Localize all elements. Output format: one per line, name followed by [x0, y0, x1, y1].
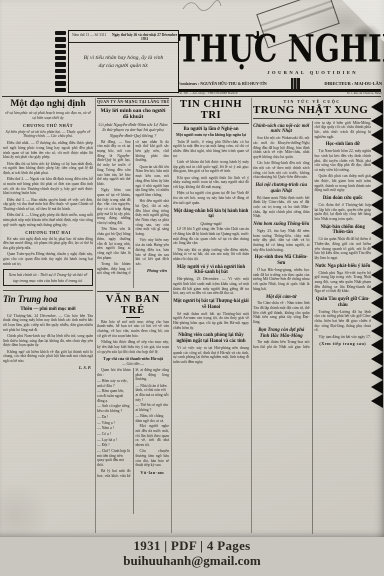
torn-edge-tooth [371, 296, 383, 310]
dialogue-line: — Năm ạ ! [97, 426, 131, 431]
article-subhead: Học-sinh làm dữ [315, 142, 372, 148]
issue-number: Năm thứ 13 — Số 3311 [69, 31, 111, 42]
dialogue-line: — Thế bà có ngờ cho ai không ? [136, 403, 170, 412]
article-body: Chính-sách của nội-các mới nước NhậtSau … [253, 121, 371, 535]
body-paragraph: Câu chuyện thương tâm ngõ hầu còn dài, b… [136, 449, 170, 468]
signature: L. S. P. [3, 365, 91, 370]
column-murder-investigation: QUAN TY ÁN-MẠNG TẠI LÀNG TRÒNG — 172 Mấy… [97, 98, 169, 532]
body-paragraph: Lính về khám thì bắt được trong hành lý … [173, 160, 249, 174]
column-divider [171, 98, 172, 533]
section-intro: Bản báo sẽ mở một mục riêng cho bạn than… [97, 320, 169, 355]
newspaper-scan-page: Năm thứ 13 — Số 3311 Ngày thứ bẩy 26 và … [0, 0, 384, 576]
comb-tooth [55, 81, 66, 85]
telephone-line: Tél. 300 — Adr. télégr. : THUCNGHIEP HAN… [178, 91, 238, 95]
body-paragraph: Khi qua sông, một người thừa lúc lính vô… [173, 176, 249, 190]
pdf-footer: 1931 | PDF | 4 Pages buihuuhanh@gmail.co… [0, 537, 384, 576]
headline-rule [126, 317, 140, 318]
comb-tooth [55, 44, 66, 48]
newspaper-sheet: Năm thứ 13 — Số 3311 Ngày thứ bẩy 26 và … [0, 0, 384, 537]
torn-edge-tooth [371, 198, 383, 212]
body-paragraph: Các đoàn thể ở Thượng-hải hợp lại lập hộ… [315, 203, 372, 222]
article-subhead: Một đảng-nhân bối kín bị hành hình tại [173, 209, 249, 221]
article-body: Bà đồng. — Sau văn một đầy ra và tại mạn… [97, 140, 169, 288]
body-paragraph: Ngày hôm sau quan sở tại về khám, thì th… [97, 188, 131, 226]
van-ban-tre-section: VĂN BAN TRẺ Bản báo sẽ mở một mục riêng … [97, 291, 169, 366]
torn-edge-tooth [371, 324, 383, 338]
section-headline: Tin Trung hoa [3, 290, 93, 304]
dialogue-line: — Chứ ! Cảnh hợp là mà tiến tầng trên qu… [97, 449, 131, 468]
column-decree-article: Một đạo nghị địnhvề sự làm phúc và sự ph… [3, 99, 93, 533]
torn-edge-tooth [371, 380, 383, 394]
comb-tooth [55, 75, 66, 79]
article-body-continued: Quan hỏi tên khán thủ :— Hôm xảy ra việc… [97, 368, 169, 514]
article-subhead: Hai nội chương-trình của quân Nhật [253, 183, 310, 195]
section-headline: VĂN BAN TRẺ [97, 294, 169, 316]
article-subhead: Ba người lạ lẫm ở Nghệ-an [173, 127, 249, 133]
dialogue-line: — Lạy bà ạ ! [97, 438, 131, 443]
torn-edge-tooth [371, 114, 383, 128]
address-line: Số 1, Rue du Chanvre, Hanoi [347, 91, 382, 95]
footer-email: buihuuhanh@gmail.com [0, 553, 384, 569]
comb-tooth [55, 37, 66, 41]
article-subhead: Những viên canh phòng lại thầy nghiệm ng… [173, 333, 249, 345]
column-sino-japanese-conflict: TIN TỨC VỀ CUỘC TRUNG NHẬT XUNG ĐỘT Chín… [253, 99, 371, 534]
body-paragraph: Hỏi đến người nhà bà Quý, thì ai nấy đều… [136, 199, 170, 237]
torn-edge-tooth [371, 100, 383, 114]
comb-tooth [55, 56, 66, 60]
torn-edge-tooth [371, 142, 383, 156]
dialogue-line: — Nhà tôi ăn ở hiền lành, có thù oán với… [136, 384, 170, 403]
lede-paragraph: Sự biên phép về cả tài tiêu phân hạt. — … [3, 130, 93, 140]
article-subhead: Chính-sách của nội-các mới nước Nhật [253, 124, 310, 136]
motto-line-2: dự của người quân tử. [69, 62, 178, 70]
issue-date: Ngày thứ bẩy 26 và chủ-nhật 27 Décembre … [111, 31, 178, 42]
lede-paragraph: về sự làm phúc và sự phát hoạch trong cá… [3, 111, 93, 121]
section-headline: TIN CHINH TRI [173, 99, 249, 124]
article-subhead: Bọn Trang còn đợi phá Tỉnh Hắc Mãn-Mông [253, 328, 310, 340]
dialogue-line: — Bẩm, tôi chẳng dám ngờ cho ai cả. [136, 414, 170, 423]
body-paragraph: Sở mật thám mới bắt tại Thượng-hải một n… [173, 312, 249, 331]
comb-tooth [55, 50, 66, 54]
torn-edge-tooth [371, 282, 383, 296]
torn-edge-tooth [371, 338, 383, 352]
column-divider [251, 98, 252, 533]
article-subhead: Dân đoàn cứu quốc [315, 196, 372, 202]
body-paragraph: Bà đồng. — Sau văn một đầy ra và tại mạn… [97, 140, 131, 187]
body-paragraph: Hiện cả ba người còn giam tại đề lao Vin… [173, 191, 249, 205]
article-headline: Mấy lời minh oan cho người đã khuất [97, 108, 169, 121]
dialogue-line: — Đội ! [97, 443, 131, 448]
footer-year-pages: 1931 | PDF | 4 Pages [0, 538, 384, 554]
comb-tooth [55, 88, 66, 92]
torn-edge-tooth [371, 212, 383, 226]
article-subhead: Học-sinh theo Mã Chiếm-Sơn [253, 255, 310, 267]
article-subhead-small: Một người mưu tự vẫn không kịp ngừa lại [173, 133, 249, 138]
dialogue-line: — Hôm xảy ra việc, anh ở đâu ? [97, 379, 131, 388]
torn-edge-tooth [371, 254, 383, 268]
centered-note: (Xem tiếp trang sau) [315, 341, 372, 346]
body-paragraph: Không ngờ cái hiềm khích về địa giới lại… [3, 350, 93, 364]
column-political-news: TIN CHINH TRIBa người lạ lẫm ở Nghệ-anMộ… [173, 99, 249, 534]
newspaper-motto: Bị vì tiểu nhân hay hỏng, ấy là vinh dự … [69, 54, 178, 70]
body-paragraph: Bản báo sẽ mở một mục riêng cho bạn than… [97, 320, 169, 339]
body-paragraph: Có tin quân Nhật đã đổ bộ thêm ở Thiên-t… [315, 237, 372, 261]
dialogue-line: — Có ạ ! [97, 432, 131, 437]
body-paragraph: Ở hạt Hắc-long-giang, nhiều học sinh đã … [253, 268, 310, 292]
torn-edge-tooth [371, 394, 383, 408]
motto-line-1: Bị vì tiểu nhân hay hỏng, ấy là vinh [69, 54, 178, 62]
article-subhead: Quân Tàu quyết giữ Cẩm-châu [315, 297, 372, 309]
body-paragraph: Các báo Đông-kinh đều nói rằng tân nội c… [253, 161, 310, 180]
body-paragraph: Kẻ nào trái nghị định này thì bị phạt bạ… [3, 237, 93, 251]
section-headline: TRUNG NHẬT XUNG ĐỘT [253, 104, 371, 119]
article-subhead: Mấy người vô ý vì nhà người lính Khố-xan… [173, 265, 249, 277]
body-paragraph: Quan hỏi tên khán thủ : [97, 368, 131, 377]
body-paragraph: Tên Năm vốn là cháu gọi bà Quý bằng thím… [97, 227, 131, 260]
body-paragraph: Điều thứ nhất. — Ở thượng du, những điều… [3, 141, 93, 160]
body-paragraph: Điều thứ 4. — Uống giấy phép thì được mi… [3, 213, 93, 227]
torn-edge-tooth [371, 366, 383, 380]
section-banner: QUAN TY ÁN-MẠNG TẠI LÀNG TRÒNG — 172 [97, 98, 169, 106]
body-paragraph: Bộ tham mưu Nhật định trước hết đánh lấy… [253, 196, 310, 220]
signature: Phóng-viên [136, 268, 168, 273]
torn-edge-tooth [371, 170, 383, 184]
article-deck: Có phải Nguyễn-đình-Năm tức Lệ Năm là th… [97, 122, 169, 139]
torn-edge-tooth [371, 184, 383, 198]
body-paragraph: Trương Học-Lương đã hạ lệnh cho các tướn… [315, 310, 372, 334]
torn-edge-tooth [371, 240, 383, 254]
body-paragraph: Tin Cẩm-châu về : Năm trăm lính Tàu đã l… [253, 301, 310, 325]
comb-tooth [55, 69, 66, 73]
centered-note: CHƯƠNG THỨ NHẤT [3, 123, 93, 128]
body-paragraph: Chính phủ Nga Sô-viết tuyên bố giữ trung… [315, 271, 372, 295]
binding-comb-decoration [55, 31, 66, 92]
masthead-info-box: Năm thứ 13 — Số 3311 Ngày thứ bẩy 26 và … [68, 30, 179, 93]
body-paragraph: Chính phủ Nam-kinh tuy đã hạ lệnh tiễu t… [3, 334, 93, 348]
torn-edge-tooth [371, 352, 383, 366]
body-paragraph: Quan Toàn-quyền Đông-dương chuẩn y nghị … [3, 252, 93, 266]
centered-note: Vũ-lan-am [136, 470, 170, 475]
publisher-logo [291, 78, 300, 89]
body-paragraph: Tên này khi ra pháp trường vẫn điềm nhiê… [173, 248, 249, 262]
article-subhead: Thiên — phủ mới mọc mới [3, 307, 93, 313]
torn-edge-tooth [371, 156, 383, 170]
article-subhead: Một người bị bắt tại Thượng-hải giải về … [173, 299, 249, 311]
handwriting-mark [182, 0, 222, 12]
article-subhead: Nước Nga phát-biểu ý kiến [315, 264, 372, 270]
body-paragraph: Vậy tạm đăng tin bài vào ngày 17. [315, 335, 372, 340]
article-body: TIN CHINH TRIBa người lạ lẫm ở Nghệ-anMộ… [173, 99, 249, 517]
founders-line: Fondateurs : NGUYỄN HỮU-THU & BÙI-HUY-TÍ… [178, 82, 267, 86]
article-subhead: Một đội cảm-tử [253, 295, 310, 301]
comb-tooth [55, 62, 66, 66]
body-paragraph: Mọi người nghe nói đều ứa nước mắt, rồi … [136, 424, 170, 448]
torn-edge-tooth [371, 310, 383, 324]
body-paragraph: Vì có việc xảy ra tại Hải-phòng nên chun… [173, 346, 249, 365]
body-paragraph: Điều thứ 3. — Bao nhiêu quyền hành về vi… [3, 198, 93, 212]
dialogue-line: — Dạ ! [97, 415, 131, 420]
newspaper-subtitle: JOURNAL QUOTIDIEN [267, 70, 358, 75]
article-subhead: Ném bom xuống Thông-liêu [253, 222, 310, 228]
article-subhead: Nhật-bản chiếm đóng Thiên-tân [315, 225, 372, 237]
torn-edge-tooth [371, 128, 383, 142]
centered-note: CHƯƠNG THỨ HAI [3, 230, 93, 235]
body-paragraph: Việc này hiện nay tòa án tỉnh Hưng-yên đ… [136, 238, 170, 266]
body-paragraph: Hải-phòng, 23 Décembre. — Vì việc một ng… [173, 277, 249, 296]
masthead-rule-thin [2, 96, 381, 97]
column-divider [95, 98, 96, 533]
dialogue-line: — Anh có nghe tiếng kêu cứu không ? [97, 404, 131, 413]
body-paragraph: Lễ 18 hồi 5 giờ sáng, tên Trần văn Chắt … [173, 227, 249, 246]
article-subhead-italic: Quảng-ngãi [173, 221, 249, 226]
body-paragraph: Những bài được đăng sẽ xếp vào mục này, … [97, 340, 169, 354]
body-paragraph: Tại Nam-kinh hôm 22, mấy nghìn học sinh … [315, 149, 372, 173]
body-paragraph: Cứ Thượng-hải, 24 Décembre. — Các báo bê… [3, 314, 93, 333]
body-paragraph: Điều thứ 2. — Ngoài các khu đã định tron… [3, 177, 93, 196]
editor-note: Xem bài chính tả : Thời sự ở Trung-kỳ và… [3, 269, 93, 285]
director-line: DIRECTEUR : MAI-DU-LÂN [324, 81, 382, 86]
torn-edge-tooth [371, 268, 383, 282]
comb-tooth [55, 31, 66, 35]
torn-edge-tooth [371, 226, 383, 240]
dialogue-line: — Vâng ạ ! [97, 421, 131, 426]
article-headline: Một đạo nghị định [3, 99, 93, 109]
body-paragraph: Hơn đâu thì sự biên ước ký không có kỳ h… [3, 162, 93, 176]
body-paragraph: Quân đội phải can thiệp mới giải tán đượ… [315, 174, 372, 193]
body-paragraph: Quan án sát đòi tên Năm lên hỏi, hắn một… [136, 165, 170, 198]
body-paragraph: Ngày 23, tàu bay Nhật đã ném bom xuống T… [253, 229, 310, 253]
torn-edge-decoration [371, 100, 384, 408]
body-paragraph: Tuần lễ trước, ở vùng phủ Diễn-châu có b… [173, 140, 249, 159]
centered-note: — Giá tiền — [97, 361, 169, 366]
dialogue-line: — Bẩm quan lớn, con đi tuần ngoài đồng ạ… [97, 389, 131, 403]
body-paragraph: Sau khi nội các Wakatsuki đổ, nội các mớ… [253, 136, 310, 160]
masthead-rule-thick [178, 89, 381, 92]
